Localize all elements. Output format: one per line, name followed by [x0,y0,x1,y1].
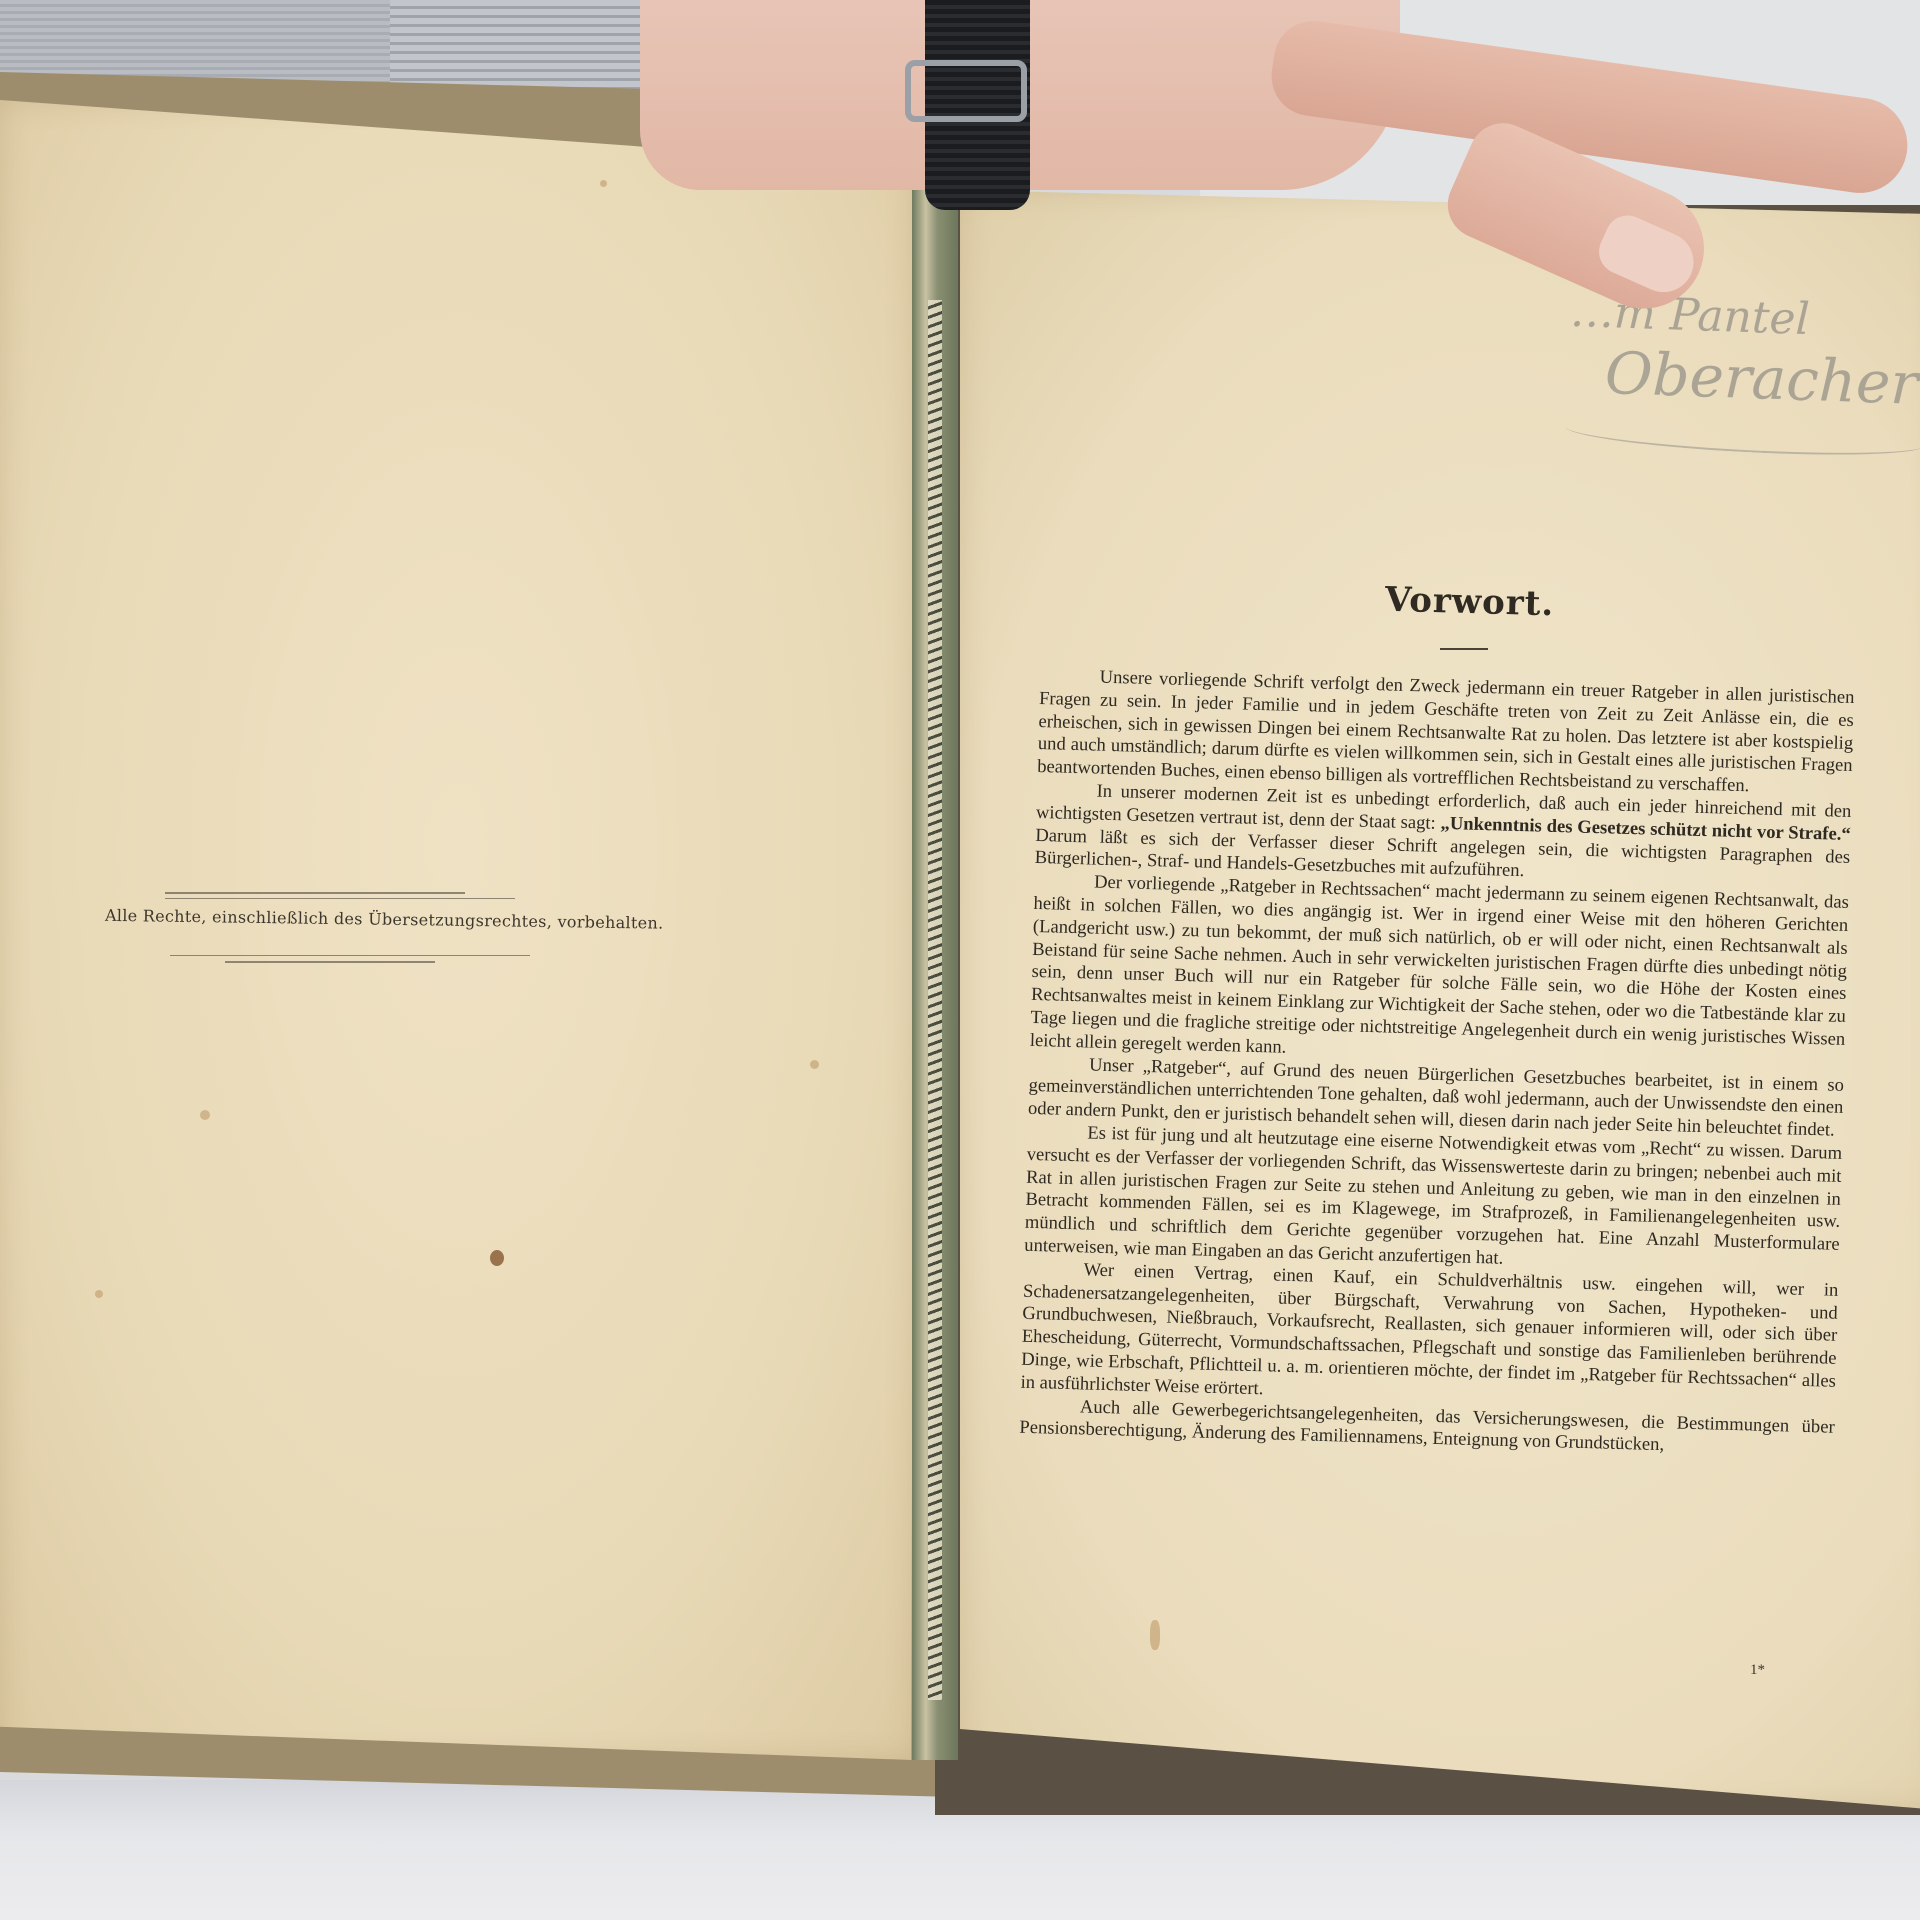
paragraph: Wer einen Vertrag, einen Kauf, ein Schul… [1020,1258,1838,1417]
page-title: Vorwort. [1385,580,1555,624]
photo-scene: Alle Rechte, einschließlich des Übersetz… [0,0,1920,1920]
foxing-stain [600,180,607,187]
spine-stitching [928,300,942,1700]
paragraph: Der vorliegende „Ratgeber in Rechtssache… [1030,870,1850,1074]
rule-line [165,898,515,899]
paragraph: Unsere vorliegende Schrift verfolgt den … [1037,665,1855,801]
foxing-stain [490,1250,504,1266]
paragraph: Es ist für jung und alt heutzutage eine … [1024,1121,1842,1280]
page-number: 1* [1750,1662,1765,1679]
foxing-stain [1150,1620,1160,1650]
foxing-stain [200,1110,210,1120]
foxing-stain [810,1060,819,1069]
left-page [0,100,915,1760]
rule-line [225,961,435,963]
watch-buckle-icon [905,60,1027,122]
foxing-stain [95,1290,103,1298]
rule-line [165,892,465,894]
rule-line [170,955,530,956]
handwritten-place: Oberachern [1604,339,1920,419]
preface-body: Unsere vorliegende Schrift verfolgt den … [1019,665,1855,1462]
title-rule [1440,648,1488,650]
